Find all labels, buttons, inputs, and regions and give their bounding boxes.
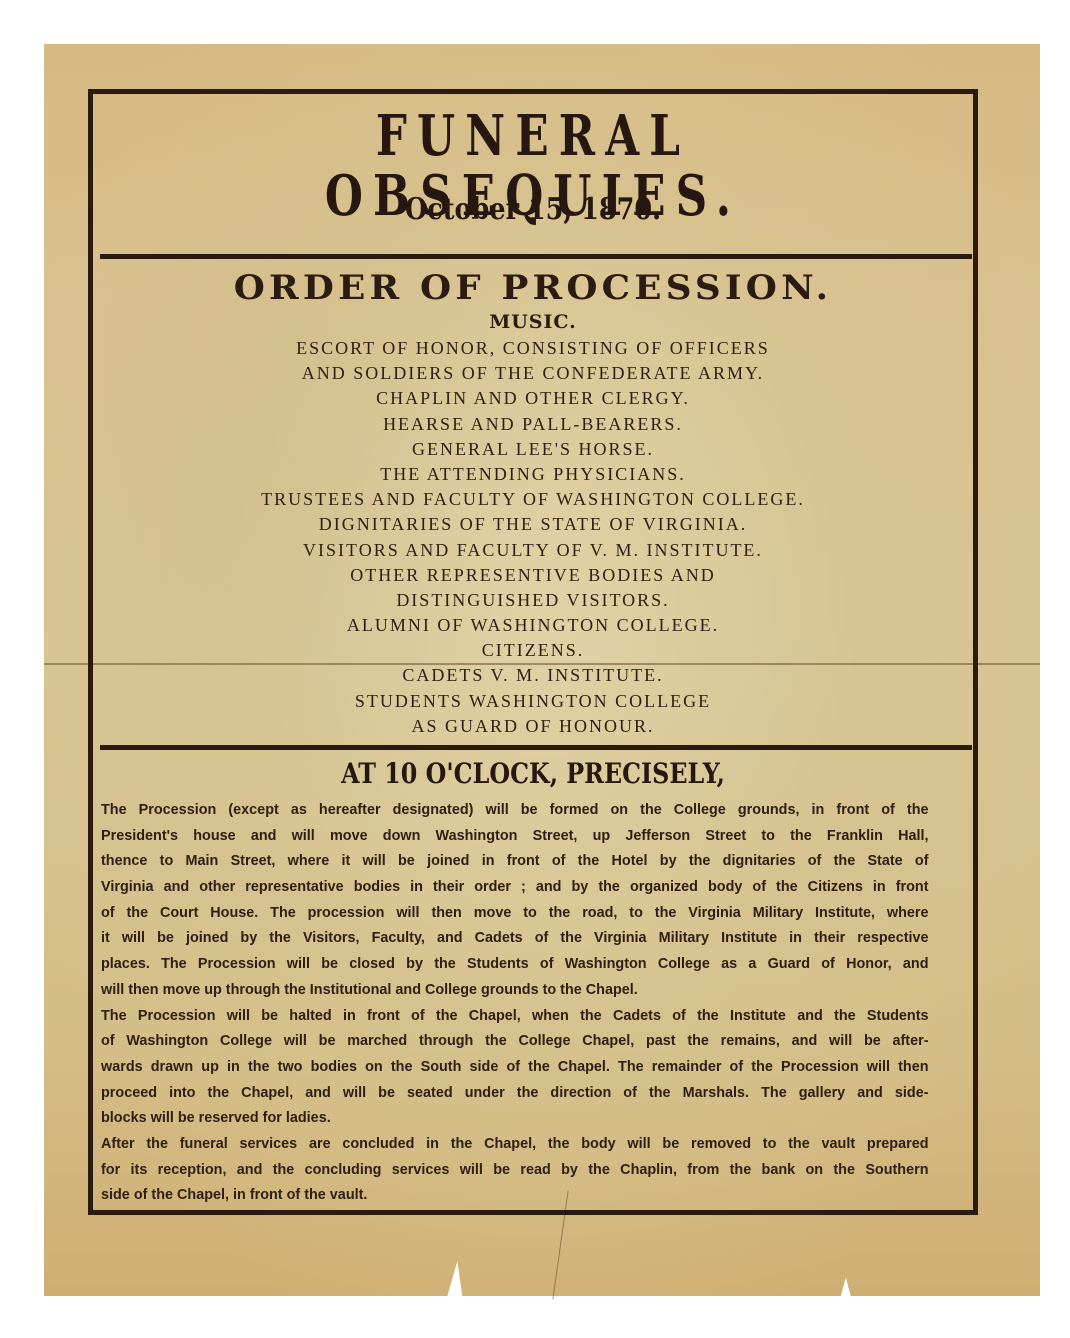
section-divider-top xyxy=(100,254,972,259)
procession-item: VISITORS AND FACULTY OF V. M. INSTITUTE. xyxy=(88,538,978,563)
procession-item: ESCORT OF HONOR, CONSISTING OF OFFICERS xyxy=(88,336,978,361)
instructions-line: of Washington College will be marched th… xyxy=(101,1028,929,1054)
instructions-line: thence to Main Street, where it will be … xyxy=(101,848,929,874)
instructions-line: The Procession (except as hereafter desi… xyxy=(101,797,929,823)
instructions-line: After the funeral services are concluded… xyxy=(101,1131,929,1157)
procession-item: HEARSE AND PALL-BEARERS. xyxy=(88,412,978,437)
procession-item: TRUSTEES AND FACULTY OF WASHINGTON COLLE… xyxy=(88,487,978,512)
instructions-line: of the Court House. The procession will … xyxy=(101,900,929,926)
procession-item: DIGNITARIES OF THE STATE OF VIRGINIA. xyxy=(88,512,978,537)
procession-item: AND SOLDIERS OF THE CONFEDERATE ARMY. xyxy=(88,361,978,386)
procession-subheading: MUSIC. xyxy=(88,311,978,333)
instructions-line: will then move up through the Institutio… xyxy=(101,977,929,1003)
instructions-line: blocks will be reserved for ladies. xyxy=(101,1105,929,1131)
instructions-line: side of the Chapel, in front of the vaul… xyxy=(101,1182,929,1208)
instructions-line: it will be joined by the Visitors, Facul… xyxy=(101,925,929,951)
procession-item: AS GUARD OF HONOUR. xyxy=(88,714,978,739)
instructions-line: The Procession will be halted in front o… xyxy=(101,1003,929,1029)
time-heading: AT 10 O'CLOCK, PRECISELY, xyxy=(155,757,912,790)
instructions-line: proceed into the Chapel, and will be sea… xyxy=(101,1080,929,1106)
procession-item: OTHER REPRESENTIVE BODIES AND xyxy=(88,563,978,588)
procession-instructions: The Procession (except as hereafter desi… xyxy=(101,797,963,1208)
instructions-line: for its reception, and the concluding se… xyxy=(101,1157,929,1183)
procession-item: GENERAL LEE'S HORSE. xyxy=(88,437,978,462)
procession-item: CITIZENS. xyxy=(88,638,978,663)
instructions-line: wards drawn up in the two bodies on the … xyxy=(101,1054,929,1080)
procession-item: CADETS V. M. INSTITUTE. xyxy=(88,663,978,688)
instructions-line: Virginia and other representative bodies… xyxy=(101,874,929,900)
procession-item: CHAPLIN AND OTHER CLERGY. xyxy=(88,386,978,411)
procession-item: STUDENTS WASHINGTON COLLEGE xyxy=(88,689,978,714)
instructions-line: President's house and will move down Was… xyxy=(101,823,929,849)
procession-heading: ORDER OF PROCESSION. xyxy=(66,268,1001,308)
procession-item: DISTINGUISHED VISITORS. xyxy=(88,588,978,613)
procession-order-list: ESCORT OF HONOR, CONSISTING OF OFFICERS … xyxy=(88,336,978,739)
instructions-line: places. The Procession will be closed by… xyxy=(101,951,929,977)
procession-item: THE ATTENDING PHYSICIANS. xyxy=(88,462,978,487)
document-date: October 15, 1870. xyxy=(155,192,912,227)
procession-item: ALUMNI OF WASHINGTON COLLEGE. xyxy=(88,613,978,638)
section-divider-bottom xyxy=(100,745,972,750)
